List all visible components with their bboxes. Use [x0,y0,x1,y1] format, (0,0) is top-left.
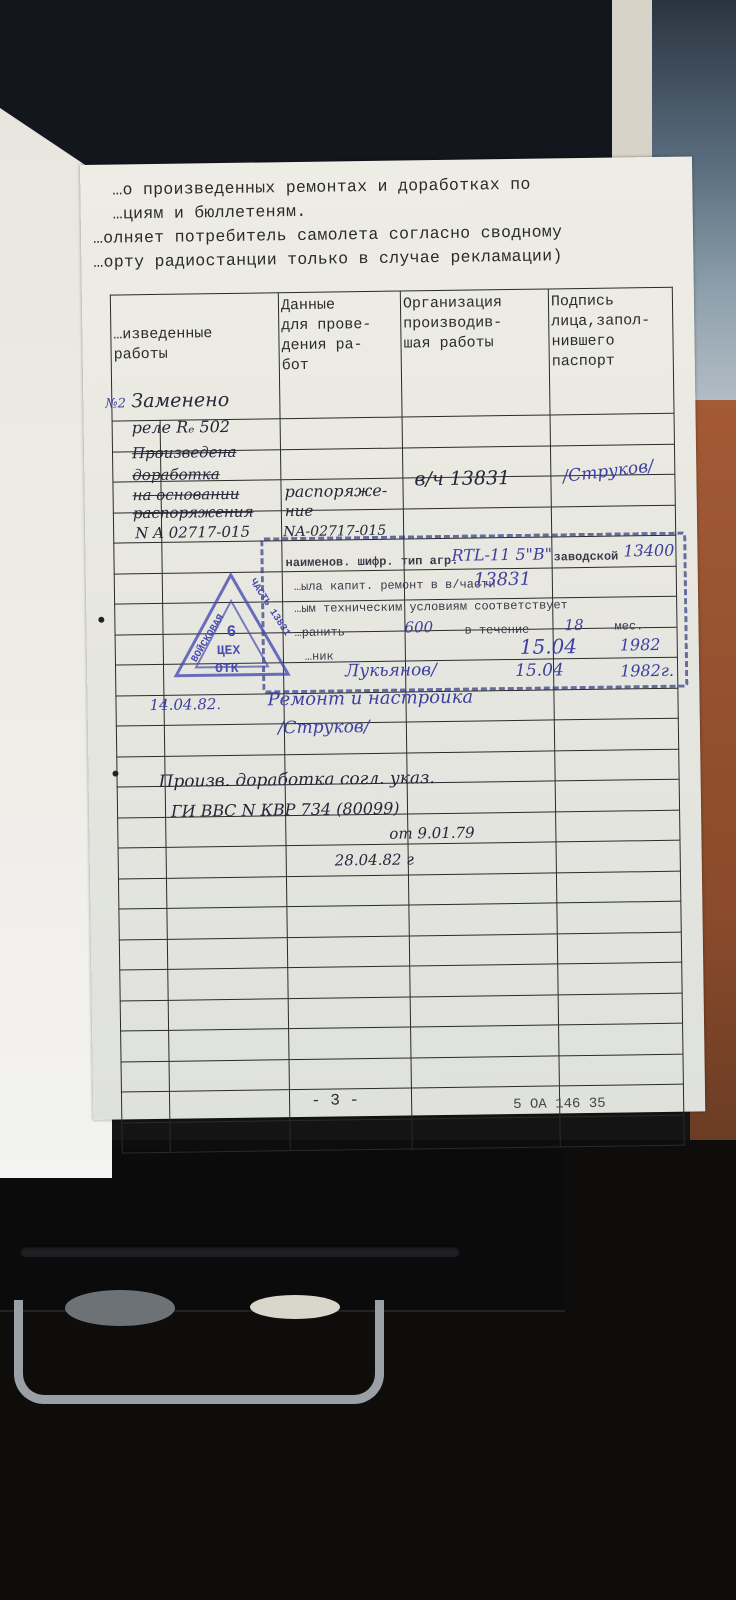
entry-organization: в/ч 13831 [414,467,510,490]
print-code: 5 ОА 146 35 [513,1096,606,1113]
stamp-label: …ым техническим условиям соответствует [294,598,568,616]
entry-work-line: на основании [132,485,239,504]
stamp-date: 15.04 [520,634,578,659]
repair-stamp: наименов. шифр. тип агр. RTL-11 5"B" зав… [260,532,688,694]
stamp-label: …ник [305,650,334,664]
header-signature: Подпись лица,запол- нившего паспорт [548,287,674,415]
triangle-stamp-dept: ЦЕХ [217,643,241,658]
entry-work-line: доработка [132,465,220,484]
stamp-serial-number: 13400 [623,541,674,561]
stamp-hours: 600 [404,618,433,636]
stamp-repair-unit: 13831 [474,569,532,591]
modification-note-line: от 9.01.79 [389,824,475,843]
modification-note-line: 28.04.82 г [335,850,414,869]
stamp-label: …ыла капит. ремонт в в/части [294,577,496,594]
modification-note-line: ГИ ВВС N КВР 734 (80099) [171,799,400,821]
stamp-label: наименов. шифр. тип агр. [285,554,458,570]
stamp-signature: Лукьянов/ [345,660,437,681]
punch-hole [98,617,104,623]
entry-work-line: Заменено [131,389,229,412]
stamp-label: …ранить [294,625,345,640]
note-date: 14.04.82. [149,695,221,714]
triangle-stamp-number: 6 [226,623,236,641]
entry-work-line: реле Rₑ 502 [132,417,231,437]
stamp-label: мес. [614,619,643,633]
header-organization: Организация производив- шая работы [400,289,550,417]
note-text: Ремонт и настройка [267,687,473,711]
stamp-months: 18 [564,616,583,634]
stamp-date: 15.04 [515,660,564,681]
intro-text: …о произведенных ремонтах и доработках п… [112,172,583,275]
punch-hole [112,771,118,777]
entry-number: №2 [105,396,126,411]
header-work-data: Данные для прове- дения ра- бот [278,291,402,419]
entry-work-line: N A 02717-015 [135,523,250,543]
stamp-year: 1982 [620,635,661,655]
metal-handle [14,1300,384,1404]
intro-line: …орту радиостанции только в случае рекла… [93,244,563,275]
case-groove [20,1245,460,1257]
note-signature: /Струков/ [278,717,370,738]
passport-page: …о произведенных ремонтах и доработках п… [80,156,705,1119]
page-number: - 3 - [311,1091,359,1110]
modification-note-line: Произв. доработка согл. указ. [158,768,434,792]
entry-work-line: Произведена [132,443,237,462]
stamp-unit-type: RTL-11 5"B" [451,544,552,564]
entry-data-line: ние [285,502,314,520]
entry-work-line: распоряжения [133,503,254,523]
stamp-label: заводской [553,550,618,565]
entry-data-line: распоряже- [284,481,387,501]
stamp-year: 1982г. [620,661,674,681]
triangle-stamp-otk: ОТК [215,661,239,676]
